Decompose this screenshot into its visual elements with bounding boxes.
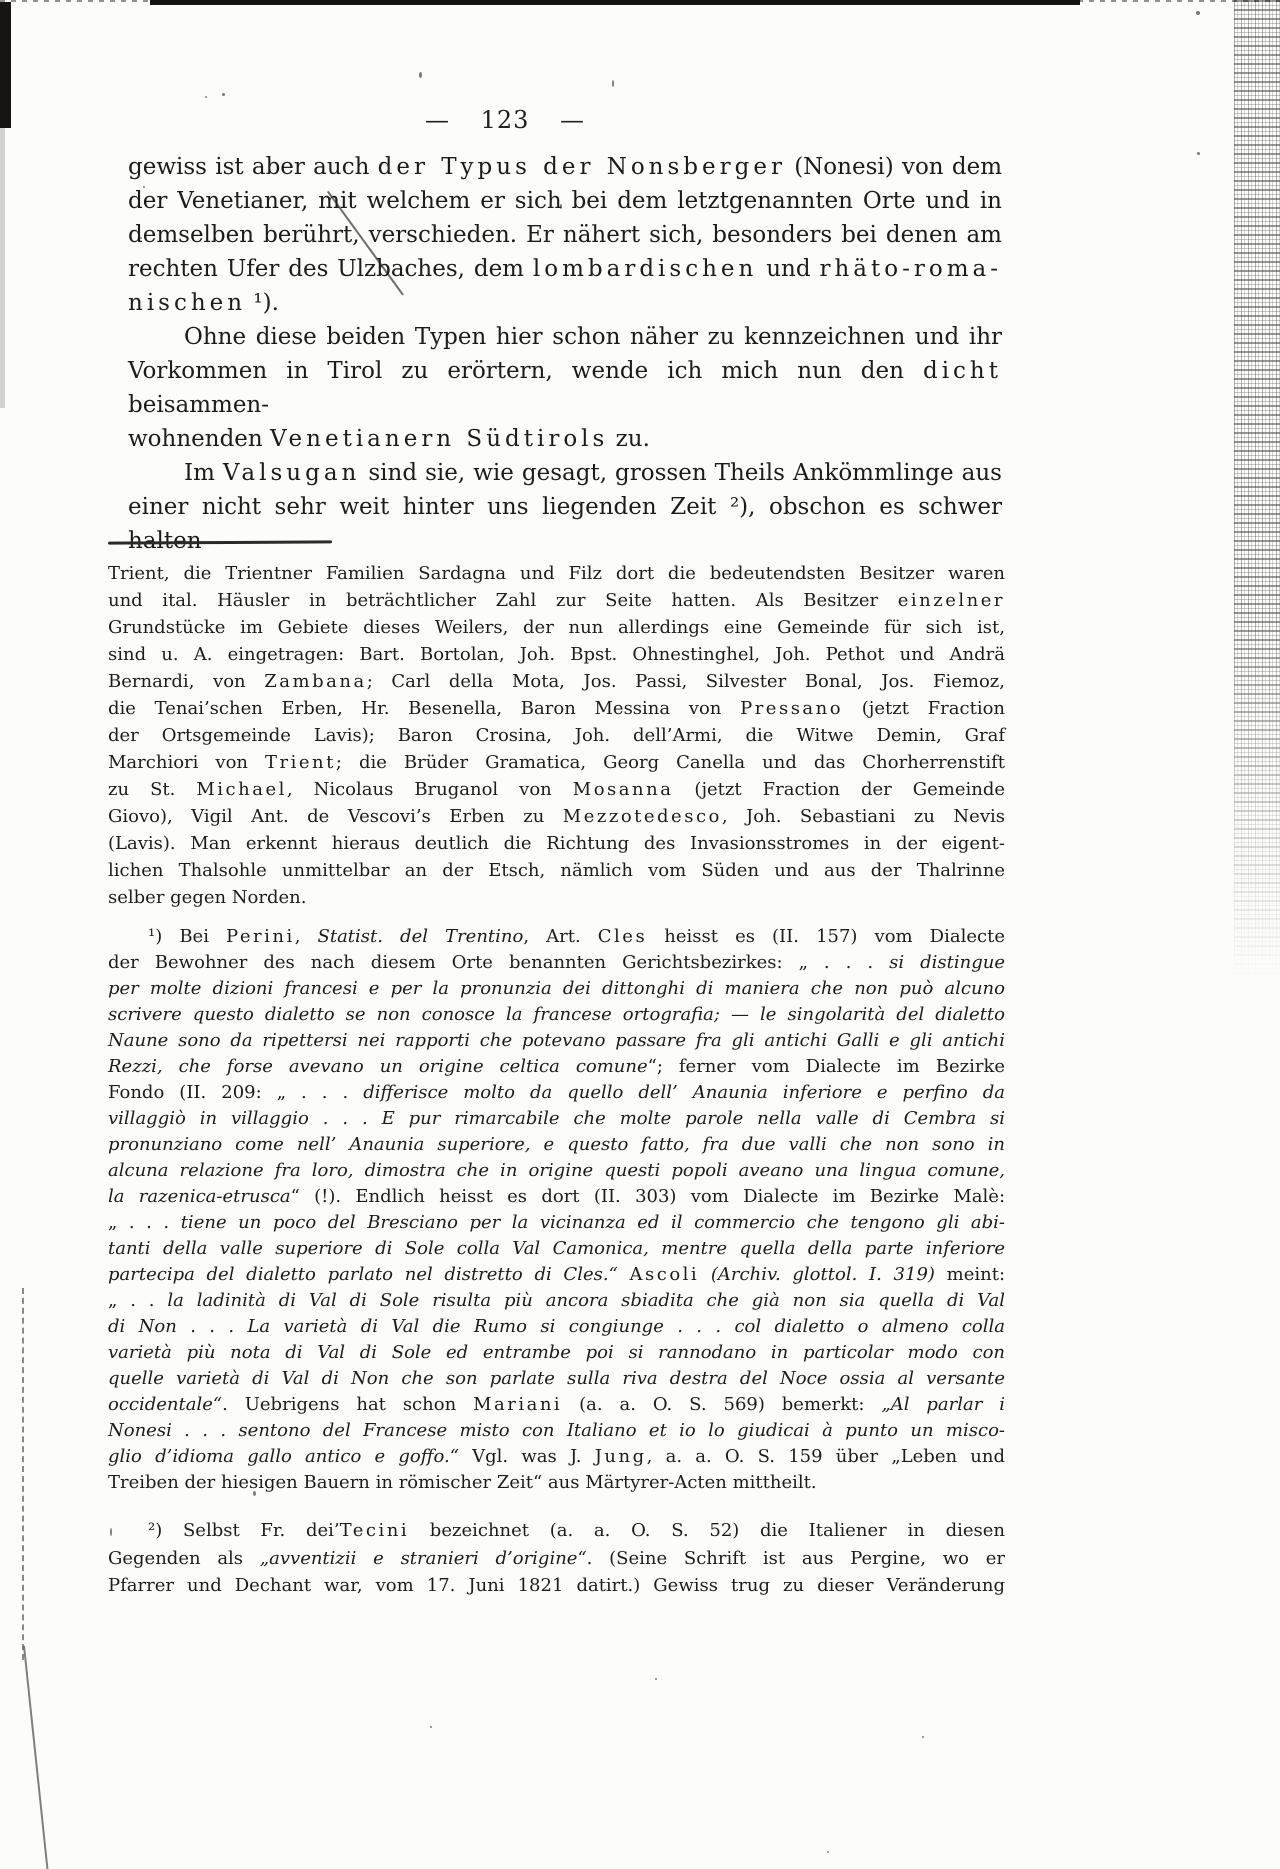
text-run: dicht bbox=[923, 358, 1002, 384]
footnote-continuation: Trient, die Trientner Familien Sardagna … bbox=[108, 560, 1005, 911]
text-run: Ascoli bbox=[630, 1264, 700, 1285]
text-run: Fondo (II. 209: „ . . . bbox=[108, 1082, 363, 1103]
text-run: sind sie, wie gesagt, grossen Theils Ank… bbox=[360, 460, 1002, 486]
text-line: la razenica-etrusca“ (!). Endlich heisst… bbox=[108, 1184, 1005, 1210]
text-run: ¹). bbox=[246, 290, 279, 316]
text-run: (jetzt Fraction bbox=[843, 698, 1005, 719]
text-line: Naune sono da ripettersi nei rapporti ch… bbox=[108, 1028, 1005, 1054]
text-run: , Nicolaus Bruganol von bbox=[287, 779, 573, 800]
text-line: glio d’idioma gallo antico e goffo.“ Vgl… bbox=[108, 1444, 1005, 1470]
text-line: „ . . . tiene un poco del Bresciano per … bbox=[108, 1210, 1005, 1236]
text-run: Zambana bbox=[264, 671, 366, 692]
text-run: si distingue bbox=[889, 952, 1005, 973]
text-run: varietà più nota di Val di Sole ed entra… bbox=[108, 1342, 1005, 1363]
text-run: der Bewohner des nach diesem Orte benann… bbox=[108, 952, 889, 973]
text-run: Michael bbox=[196, 779, 287, 800]
text-run: quelle varietà di Val di Non che son par… bbox=[108, 1368, 1005, 1389]
text-run: die Tenai’schen Erben, Hr. Besenella, Ba… bbox=[108, 698, 740, 719]
text-run: „avventizii e stranieri d’origine“ bbox=[260, 1548, 587, 1569]
text-run: (Nonesi) von dem bbox=[786, 154, 1002, 180]
scan-speck bbox=[1197, 152, 1200, 155]
text-line: ¹) Bei Perini, Statist. del Trentino, Ar… bbox=[108, 924, 1005, 950]
text-line: selber gegen Norden. bbox=[108, 884, 1005, 911]
text-run: villaggiò in villaggio . . . E pur rimar… bbox=[108, 1108, 1005, 1129]
text-line: occidentale“. Uebrigens hat schon Marian… bbox=[108, 1392, 1005, 1418]
text-run: Treiben der hiesigen Bauern in römischer… bbox=[108, 1472, 817, 1493]
text-run: , a. a. O. S. 159 über „Leben und bbox=[647, 1446, 1005, 1467]
scan-speck bbox=[430, 1726, 432, 1728]
text-run: Nonesi . . . sentono del Francese misto … bbox=[108, 1420, 1005, 1441]
text-run: nischen bbox=[128, 290, 246, 316]
text-run: zu. bbox=[608, 426, 650, 452]
text-line: (Lavis). Man erkennt hieraus deutlich di… bbox=[108, 830, 1005, 857]
text-line: Giovo), Vigil Ant. de Vescovi’s Erben zu… bbox=[108, 803, 1005, 830]
scan-speck bbox=[419, 72, 422, 78]
text-run: „ . . . bbox=[108, 1212, 181, 1233]
text-run: tanti della valle superiore di Sole coll… bbox=[108, 1238, 1005, 1259]
text-line: Ohne diese beiden Typen hier schon näher… bbox=[128, 320, 1002, 354]
text-run: (Lavis). Man erkennt hieraus deutlich di… bbox=[108, 833, 1005, 854]
text-run: Bernardi, von bbox=[108, 671, 264, 692]
text-run: Mezzotedesco bbox=[563, 806, 722, 827]
text-line: die Tenai’schen Erben, Hr. Besenella, Ba… bbox=[108, 695, 1005, 722]
text-run: Im bbox=[184, 460, 223, 486]
scan-edge-left-faint bbox=[0, 128, 5, 408]
text-line: tanti della valle superiore di Sole coll… bbox=[108, 1236, 1005, 1262]
text-line: per molte dizioni francesi e per la pron… bbox=[108, 976, 1005, 1002]
text-line: einer nicht sehr weit hinter uns liegend… bbox=[128, 490, 1002, 558]
text-run: ¹) Bei bbox=[148, 926, 226, 947]
text-run: einzelner bbox=[898, 590, 1005, 611]
text-run: di Non . . . La varietà di Val die Rumo … bbox=[108, 1316, 1005, 1337]
text-run: “ (!). Endlich heisst es dort (II. 303) … bbox=[291, 1186, 1005, 1207]
text-run: Pfarrer und Dechant war, vom 17. Juni 18… bbox=[108, 1575, 1005, 1596]
paragraph: Ohne diese beiden Typen hier schon näher… bbox=[128, 320, 1002, 456]
text-line: rechten Ufer des Ulzbaches, dem lombardi… bbox=[128, 252, 1002, 286]
text-line: quelle varietà di Val di Non che son par… bbox=[108, 1366, 1005, 1392]
text-line: Pfarrer und Dechant war, vom 17. Juni 18… bbox=[108, 1572, 1005, 1600]
scan-speck bbox=[922, 1736, 924, 1738]
text-run: der Ortsgemeinde Lavis); Baron Crosina, … bbox=[108, 725, 1005, 746]
text-run: , bbox=[295, 926, 318, 947]
text-run: Venetianern Südtirols bbox=[270, 426, 608, 452]
text-run: Gegenden als bbox=[108, 1548, 260, 1569]
text-line: der Venetianer, mit welchem er sich bei … bbox=[128, 184, 1002, 218]
text-run: Tecini bbox=[340, 1520, 409, 1541]
text-line: Rezzi, che forse avevano un origine celt… bbox=[108, 1054, 1005, 1080]
text-run: rhäto-roma- bbox=[819, 256, 1002, 282]
scan-speck bbox=[827, 1851, 829, 1853]
text-line: varietà più nota di Val di Sole ed entra… bbox=[108, 1340, 1005, 1366]
text-run: gewiss ist aber auch bbox=[128, 154, 378, 180]
text-run: Perini bbox=[226, 926, 295, 947]
text-run: Ohne diese beiden Typen hier schon näher… bbox=[184, 324, 1002, 350]
text-run: und bbox=[757, 256, 819, 282]
text-line: partecipa del dialetto parlato nel distr… bbox=[108, 1262, 1005, 1288]
footnote-2: ²) Selbst Fr. dei’Tecini bezeichnet (a. … bbox=[108, 1517, 1005, 1600]
text-run: pronunziano come nell’ Anaunia superiore… bbox=[108, 1134, 1005, 1155]
text-run: , Joh. Sebastiani zu Nevis bbox=[722, 806, 1005, 827]
text-run: Vgl. was J. bbox=[459, 1446, 595, 1467]
text-line: Grundstücke im Gebiete dieses Weilers, d… bbox=[108, 614, 1005, 641]
text-line: der Bewohner des nach diesem Orte benann… bbox=[108, 950, 1005, 976]
text-run: Cles bbox=[598, 926, 647, 947]
margin-crease-line bbox=[22, 1288, 24, 1660]
text-line: alcuna relazione fra loro, dimostra che … bbox=[108, 1158, 1005, 1184]
text-run: Grundstücke im Gebiete dieses Weilers, d… bbox=[108, 617, 1005, 638]
text-line: zu St. Michael, Nicolaus Bruganol von Mo… bbox=[108, 776, 1005, 803]
text-line: sind u. A. eingetragen: Bart. Bortolan, … bbox=[108, 641, 1005, 668]
footnotes-block: Trient, die Trientner Familien Sardagna … bbox=[108, 560, 1005, 1600]
text-line: Bernardi, von Zambana; Carl della Mota, … bbox=[108, 668, 1005, 695]
text-run: (Archiv. glottol. I. 319) bbox=[711, 1264, 935, 1285]
text-run: alcuna relazione fra loro, dimostra che … bbox=[108, 1160, 1005, 1181]
text-run: (jetzt Fraction der Gemeinde bbox=[673, 779, 1005, 800]
text-line: Vorkommen in Tirol zu erörtern, wende ic… bbox=[128, 354, 1002, 422]
text-run: Mosanna bbox=[573, 779, 674, 800]
text-line: nischen ¹). bbox=[128, 286, 1002, 320]
text-run: la ladinità di Val di Sole risulta più a… bbox=[167, 1290, 1005, 1311]
scan-speck bbox=[655, 1678, 657, 1680]
footnote-1: ¹) Bei Perini, Statist. del Trentino, Ar… bbox=[108, 924, 1005, 1496]
scan-speck bbox=[612, 80, 614, 87]
text-run: einer nicht sehr weit hinter uns liegend… bbox=[128, 494, 1002, 554]
main-text-block: gewiss ist aber auch der Typus der Nonsb… bbox=[128, 150, 1002, 558]
text-line: demselben berührt, verschieden. Er näher… bbox=[128, 218, 1002, 252]
scan-edge-top-bar bbox=[150, 0, 1080, 5]
text-run: der Typus der Nonsberger bbox=[378, 154, 786, 180]
text-run: Naune sono da ripettersi nei rapporti ch… bbox=[108, 1030, 1005, 1051]
text-line: Im Valsugan sind sie, wie gesagt, grosse… bbox=[128, 456, 1002, 490]
text-run: Jung bbox=[595, 1446, 647, 1467]
text-line: pronunziano come nell’ Anaunia superiore… bbox=[108, 1132, 1005, 1158]
text-run: . (Seine Schrift ist aus Pergine, wo er bbox=[587, 1548, 1005, 1569]
text-run: (a. a. O. S. 569) bemerkt: bbox=[562, 1394, 881, 1415]
text-run: bezeichnet (a. a. O. S. 52) die Italiene… bbox=[409, 1520, 1005, 1541]
text-run: „ . . bbox=[108, 1290, 167, 1311]
text-run: Vorkommen in Tirol zu erörtern, wende ic… bbox=[128, 358, 923, 384]
text-run: glio d’idioma gallo antico e goffo.“ bbox=[108, 1446, 459, 1467]
paragraph: ¹) Bei Perini, Statist. del Trentino, Ar… bbox=[108, 924, 1005, 1496]
text-run: beisammen- bbox=[128, 392, 269, 418]
text-run: Pressano bbox=[740, 698, 843, 719]
text-run: wohnenden bbox=[128, 426, 270, 452]
text-line: di Non . . . La varietà di Val die Rumo … bbox=[108, 1314, 1005, 1340]
text-run: tiene un poco del Bresciano per la vicin… bbox=[181, 1212, 1005, 1233]
text-run: Valsugan bbox=[223, 460, 360, 486]
text-line: ²) Selbst Fr. dei’Tecini bezeichnet (a. … bbox=[108, 1517, 1005, 1545]
text-run: zu St. bbox=[108, 779, 196, 800]
text-run: Giovo), Vigil Ant. de Vescovi’s Erben zu bbox=[108, 806, 563, 827]
text-line: Trient, die Trientner Familien Sardagna … bbox=[108, 560, 1005, 587]
text-run: “; ferner vom Dialecte im Bezirke bbox=[648, 1056, 1005, 1077]
scanned-book-page: — 123 — gewiss ist aber auch der Typus d… bbox=[0, 0, 1280, 1869]
paragraph: ²) Selbst Fr. dei’Tecini bezeichnet (a. … bbox=[108, 1517, 1005, 1600]
text-line: villaggiò in villaggio . . . E pur rimar… bbox=[108, 1106, 1005, 1132]
text-line: Gegenden als „avventizii e stranieri d’o… bbox=[108, 1545, 1005, 1573]
text-run: „Al parlar i bbox=[881, 1394, 1005, 1415]
text-run: per molte dizioni francesi e per la pron… bbox=[108, 978, 1005, 999]
text-run: partecipa del dialetto parlato nel distr… bbox=[108, 1264, 618, 1285]
text-run: ; die Brüder Gramatica, Georg Canella un… bbox=[336, 752, 1005, 773]
text-line: Nonesi . . . sentono del Francese misto … bbox=[108, 1418, 1005, 1444]
text-run: , Art. bbox=[523, 926, 597, 947]
text-run: selber gegen Norden. bbox=[108, 887, 307, 908]
text-run: la razenica-etrusca bbox=[108, 1186, 291, 1207]
text-run: lombardischen bbox=[533, 256, 757, 282]
text-run: Marchiori von bbox=[108, 752, 265, 773]
text-line: der Ortsgemeinde Lavis); Baron Crosina, … bbox=[108, 722, 1005, 749]
binding-noise-fade bbox=[1234, 620, 1280, 1020]
text-run: Mariani bbox=[473, 1394, 562, 1415]
text-run: Trient, die Trientner Familien Sardagna … bbox=[108, 563, 1005, 584]
text-line: „ . . la ladinità di Val di Sole risulta… bbox=[108, 1288, 1005, 1314]
paragraph: gewiss ist aber auch der Typus der Nonsb… bbox=[128, 150, 1002, 320]
text-run: Statist. del Trentino bbox=[318, 926, 524, 947]
text-line: scrivere questo dialetto se non conosce … bbox=[108, 1002, 1005, 1028]
page-number: — 123 — bbox=[0, 106, 1010, 134]
text-run: und ital. Häusler in beträchtlicher Zahl… bbox=[108, 590, 898, 611]
text-run: differisce molto da quello dell’ Anaunia… bbox=[363, 1082, 1005, 1103]
text-run: ; Carl della Mota, Jos. Passi, Silvester… bbox=[367, 671, 1005, 692]
text-run: Rezzi, che forse avevano un origine celt… bbox=[108, 1056, 648, 1077]
text-line: gewiss ist aber auch der Typus der Nonsb… bbox=[128, 150, 1002, 184]
text-line: Treiben der hiesigen Bauern in römischer… bbox=[108, 1470, 1005, 1496]
text-run: occidentale“ bbox=[108, 1394, 222, 1415]
scan-speck bbox=[205, 96, 207, 98]
text-run bbox=[618, 1264, 630, 1285]
scan-speck bbox=[1196, 11, 1200, 15]
text-line: und ital. Häusler in beträchtlicher Zahl… bbox=[108, 587, 1005, 614]
text-run: demselben berührt, verschieden. Er näher… bbox=[128, 222, 1002, 248]
text-run: lichen Thalsohle unmittelbar an der Etsc… bbox=[108, 860, 1005, 881]
scan-speck bbox=[222, 93, 225, 96]
text-line: Marchiori von Trient; die Brüder Gramati… bbox=[108, 749, 1005, 776]
text-run: der Venetianer, mit welchem er sich bei … bbox=[128, 188, 1002, 214]
text-line: Fondo (II. 209: „ . . . differisce molto… bbox=[108, 1080, 1005, 1106]
paragraph: Trient, die Trientner Familien Sardagna … bbox=[108, 560, 1005, 911]
text-line: lichen Thalsohle unmittelbar an der Etsc… bbox=[108, 857, 1005, 884]
text-run: . Uebrigens hat schon bbox=[222, 1394, 473, 1415]
text-run: rechten Ufer des Ulzbaches, dem bbox=[128, 256, 533, 282]
text-line: wohnenden Venetianern Südtirols zu. bbox=[128, 422, 1002, 456]
text-run: ²) Selbst Fr. dei’ bbox=[148, 1520, 340, 1541]
text-run: Trient bbox=[265, 752, 336, 773]
text-run: meint: bbox=[935, 1264, 1005, 1285]
text-run: heisst es (II. 157) vom Dialecte bbox=[647, 926, 1005, 947]
text-run: sind u. A. eingetragen: Bart. Bortolan, … bbox=[108, 644, 1005, 665]
text-run: scrivere questo dialetto se non conosce … bbox=[108, 1004, 1005, 1025]
corner-crease-line bbox=[23, 1646, 49, 1869]
text-run bbox=[699, 1264, 711, 1285]
